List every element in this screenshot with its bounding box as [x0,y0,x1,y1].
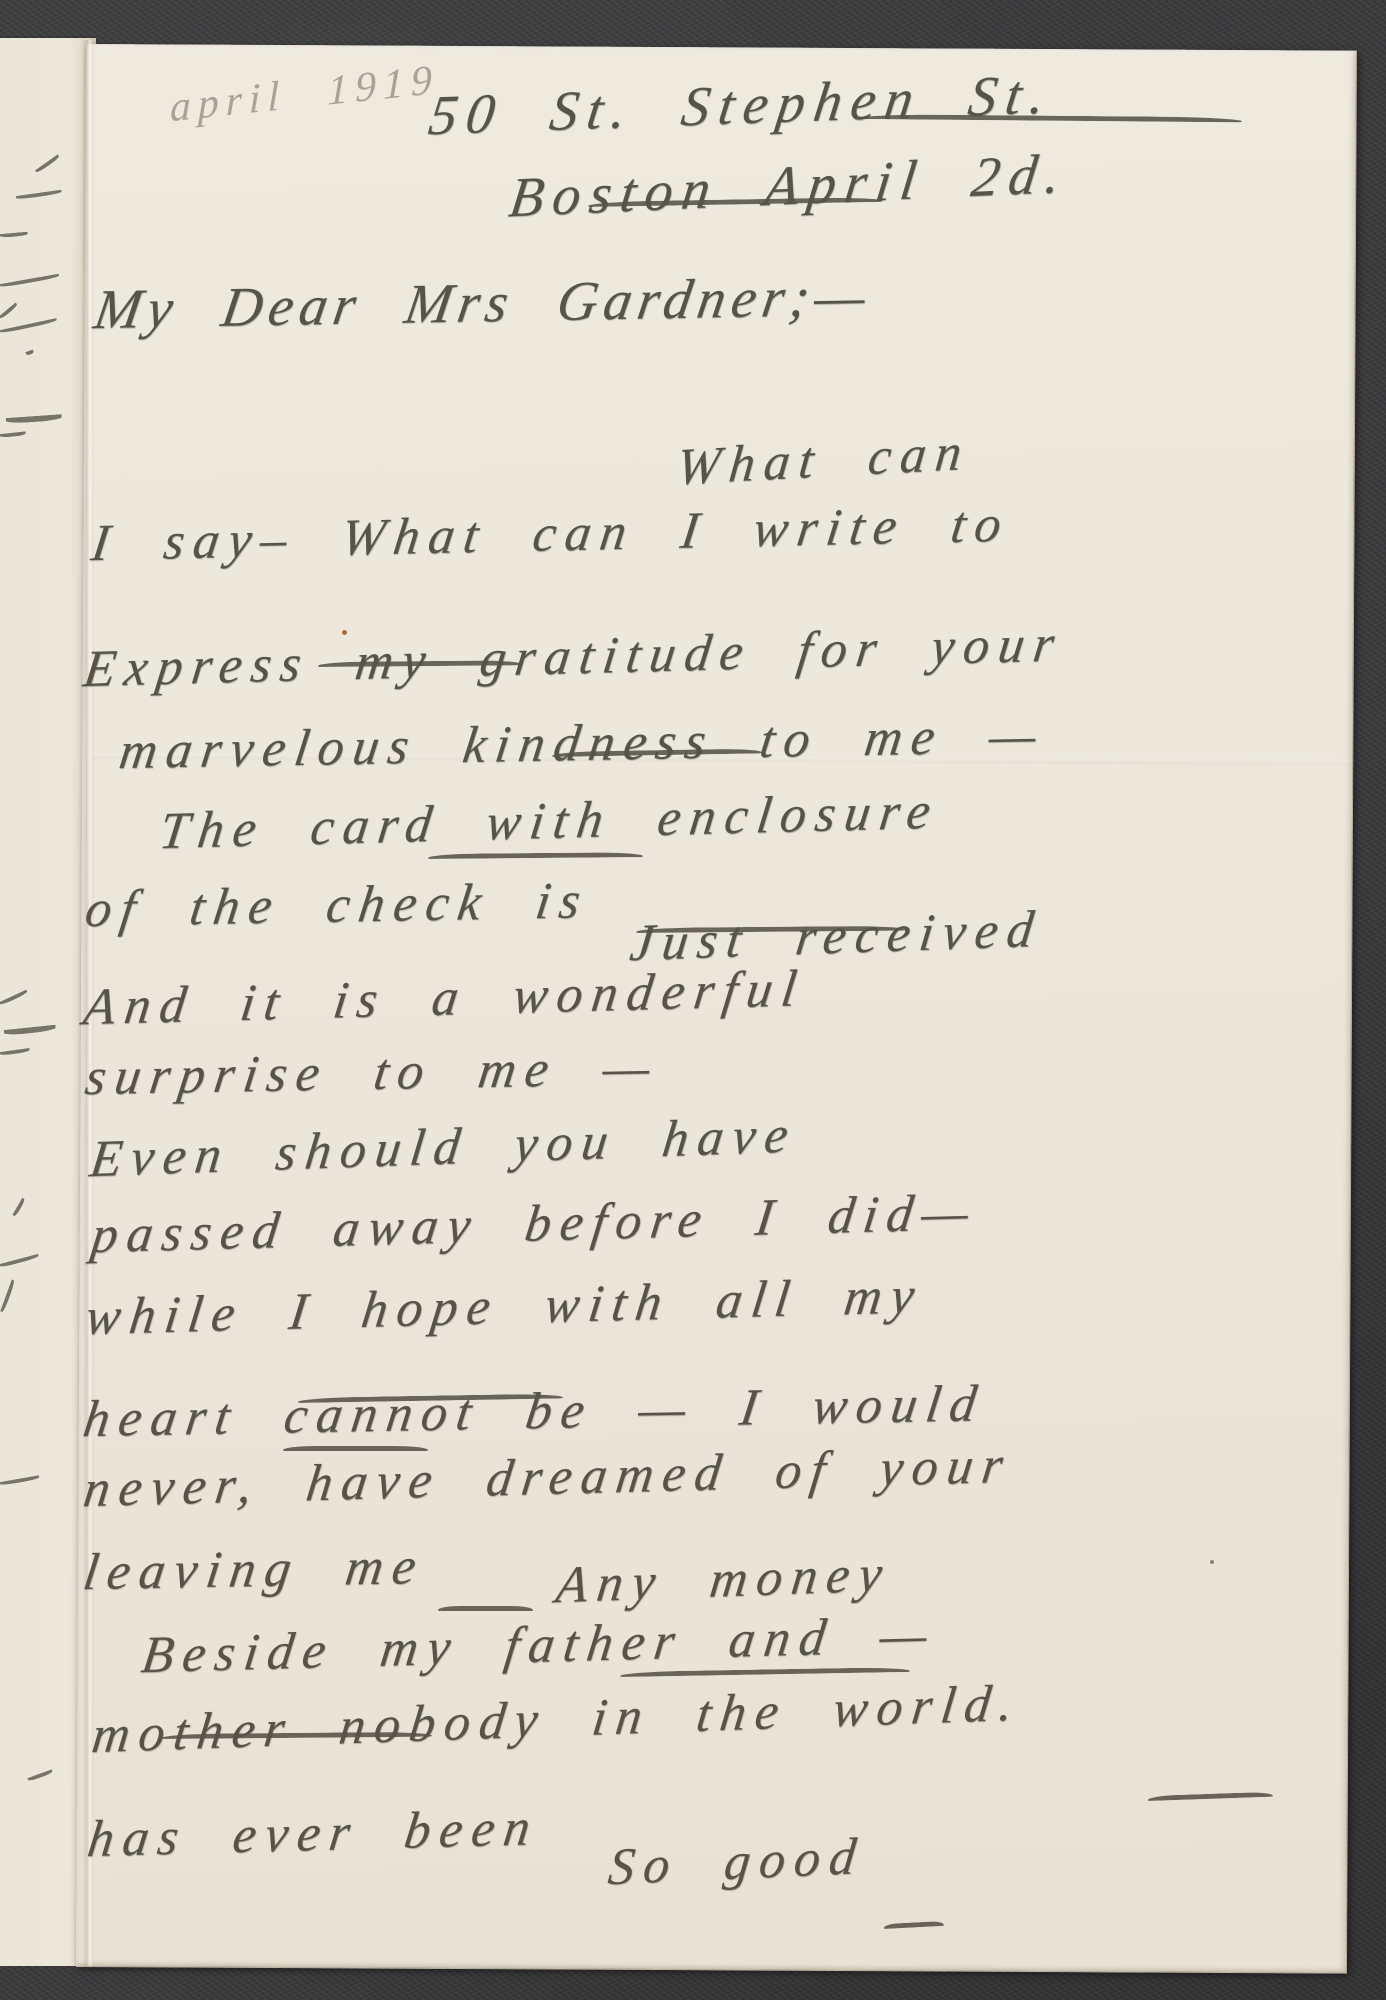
scan-background: april 1919 50 St. Stephen St. Boston Apr… [0,0,1386,2000]
paper-speck [1210,1560,1214,1564]
letter-line: surprise to me — [82,1038,663,1107]
pen-stroke [438,1606,533,1614]
letter-line: has ever been [84,1798,543,1869]
letter-line: leaving me [80,1537,429,1602]
salutation-line: My Dear Mrs Gardner;— [90,264,876,342]
letter-line: So good [605,1827,868,1898]
letter-line: of the check is [82,871,593,939]
letter-line: Any money [553,1544,895,1615]
